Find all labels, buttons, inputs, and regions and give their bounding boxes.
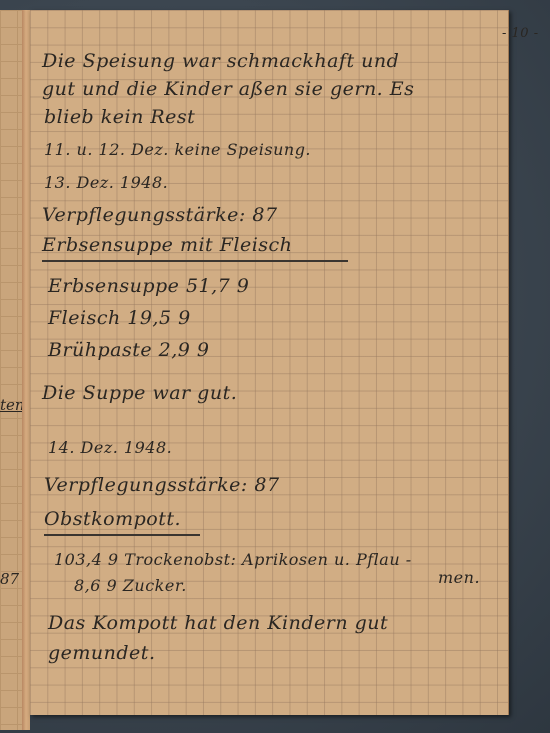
- ingredient-line: 103,4 9 Trockenobst: Aprikosen u. Pflau …: [54, 550, 412, 569]
- ingredient-line: Brühpaste 2,9 9: [48, 339, 210, 361]
- ration-strength: Verpflegungsstärke: 87: [44, 474, 280, 496]
- entry-date: 14. Dez. 1948.: [48, 438, 172, 457]
- ingredient-line: Fleisch 19,5 9: [48, 307, 191, 329]
- text-line: blieb kein Rest: [44, 106, 195, 128]
- page-number: - 10 -: [502, 26, 539, 41]
- comment: Das Kompott hat den Kindern gut: [48, 612, 388, 634]
- dish-title: Obstkompott.: [44, 508, 200, 536]
- ingredient-line: 8,6 9 Zucker.: [74, 576, 187, 595]
- comment: gemundet.: [48, 642, 155, 664]
- dish-title: Erbsensuppe mit Fleisch: [42, 234, 348, 262]
- page-gutter: [22, 10, 30, 730]
- left-page-fragment: 87: [0, 570, 19, 588]
- ingredient-line-continuation: men.: [438, 568, 480, 587]
- notebook-page: - 10 - Die Speisung war schmackhaft und …: [30, 10, 509, 715]
- ration-strength: Verpflegungsstärke: 87: [42, 204, 278, 226]
- text-line: Die Speisung war schmackhaft und: [42, 50, 399, 72]
- no-meal-note: 11. u. 12. Dez. keine Speisung.: [44, 140, 311, 159]
- entry-date: 13. Dez. 1948.: [44, 173, 168, 192]
- comment: Die Suppe war gut.: [42, 382, 237, 404]
- text-line: gut und die Kinder aßen sie gern. Es: [42, 78, 414, 100]
- ingredient-line: Erbsensuppe 51,7 9: [48, 275, 249, 297]
